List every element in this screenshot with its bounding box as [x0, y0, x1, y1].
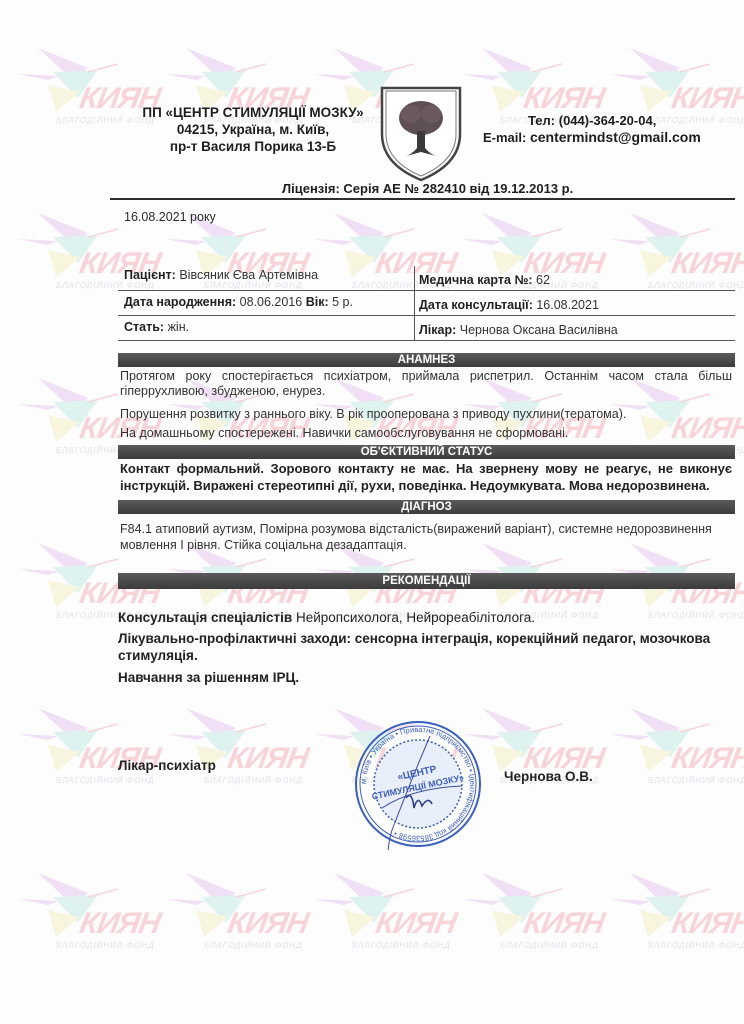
- license-line: Ліцензія: Серія АЕ № 282410 від 19.12.20…: [282, 181, 573, 196]
- birth-date: 08.06.2016: [240, 295, 303, 309]
- document-date: 16.08.2021 року: [124, 210, 216, 224]
- recommendations-heading: РЕКОМЕНДАЦІЇ: [118, 573, 735, 589]
- org-address-line1: 04215, Україна, м. Київ,: [133, 121, 373, 138]
- sex-cell: Стать: жін.: [118, 316, 415, 340]
- table-row: Дата народження: 08.06.2016 Вік: 5 р. Да…: [118, 291, 735, 316]
- birth-cell: Дата народження: 08.06.2016 Вік: 5 р.: [118, 291, 415, 315]
- official-stamp-icon: м. Київ • Україна • Приватне підприємств…: [352, 718, 484, 850]
- recommendation-consultation: Консультація спеціалістів Нейропсихолога…: [118, 609, 730, 626]
- tree-shield-icon: [376, 86, 466, 182]
- recommendation-measures: Лікувально-профілактичні заходи: сенсорн…: [118, 630, 730, 664]
- doctor-label: Лікар:: [419, 323, 456, 337]
- doctor-cell: Лікар: Чернова Оксана Василівна: [415, 316, 735, 340]
- diagnosis-heading: ДІАГНОЗ: [118, 500, 735, 514]
- consult-cell: Дата консультації: 16.08.2021: [415, 291, 735, 315]
- patient-label: Пацієнт:: [124, 268, 176, 282]
- birth-label: Дата народження:: [124, 295, 236, 309]
- anamnesis-paragraph-3: На домашньому спостережені. Навички само…: [120, 426, 732, 441]
- objective-status-text: Контакт формальний. Зорового контакту не…: [120, 460, 732, 494]
- anamnesis-heading: АНАМНЕЗ: [118, 353, 735, 367]
- table-row: Стать: жін. Лікар: Чернова Оксана Василі…: [118, 316, 735, 341]
- recommendation-consultation-value: Нейропсихолога, Нейрореабілітолога.: [296, 610, 535, 625]
- patient-name: Вівсяник Єва Артемівна: [179, 268, 318, 282]
- medical-certificate: ПП «ЦЕНТР СТИМУЛЯЦІЇ МОЗКУ» 04215, Украї…: [0, 0, 744, 1024]
- patient-cell: Пацієнт: Вівсяник Єва Артемівна: [118, 266, 415, 290]
- consult-date: 16.08.2021: [536, 298, 599, 312]
- contact-header: Тел: (044)-364-20-04, E-mail: centermind…: [483, 112, 723, 146]
- email-row: E-mail: centermindst@gmail.com: [483, 129, 723, 146]
- org-header: ПП «ЦЕНТР СТИМУЛЯЦІЇ МОЗКУ» 04215, Украї…: [133, 104, 373, 155]
- org-name: ПП «ЦЕНТР СТИМУЛЯЦІЇ МОЗКУ»: [133, 104, 373, 121]
- anamnesis-paragraph-2: Порушення розвитку з раннього віку. В рі…: [120, 407, 732, 422]
- consult-label: Дата консультації:: [419, 298, 533, 312]
- table-row: Пацієнт: Вівсяник Єва Артемівна Медична …: [118, 266, 735, 291]
- diagnosis-text: F84.1 атиповий аутизм, Помірна розумова …: [120, 521, 732, 553]
- signature-name: Чернова О.В.: [504, 769, 593, 784]
- recommendation-education: Навчання за рішенням ІРЦ.: [118, 669, 730, 686]
- recommendation-consultation-label: Консультація спеціалістів: [118, 610, 292, 625]
- sex-label: Стать:: [124, 320, 164, 334]
- doctor-name: Чернова Оксана Василівна: [460, 323, 618, 337]
- card-cell: Медична карта №: 62: [415, 266, 735, 290]
- phone-label: Тел:: [528, 113, 555, 128]
- objective-status-heading: ОБ'ЄКТИВНИЙ СТАТУС: [118, 445, 735, 459]
- header-divider: [110, 198, 735, 200]
- org-address-line2: пр-т Василя Порика 13-Б: [133, 138, 373, 155]
- anamnesis-paragraph-1: Протягом року спостерігається психіатром…: [120, 369, 732, 399]
- email-value: centermindst@gmail.com: [530, 129, 701, 145]
- sex-value: жін.: [168, 320, 190, 334]
- age-label: Вік:: [306, 295, 329, 309]
- card-label: Медична карта №:: [419, 273, 533, 287]
- age-value: 5 р.: [332, 295, 353, 309]
- phone-row: Тел: (044)-364-20-04,: [483, 112, 723, 129]
- phone-value: (044)-364-20-04,: [559, 113, 657, 128]
- email-label: E-mail:: [483, 130, 526, 145]
- card-number: 62: [536, 273, 550, 287]
- signature-role: Лікар-психіатр: [118, 758, 216, 773]
- patient-info-table: Пацієнт: Вівсяник Єва Артемівна Медична …: [118, 266, 735, 341]
